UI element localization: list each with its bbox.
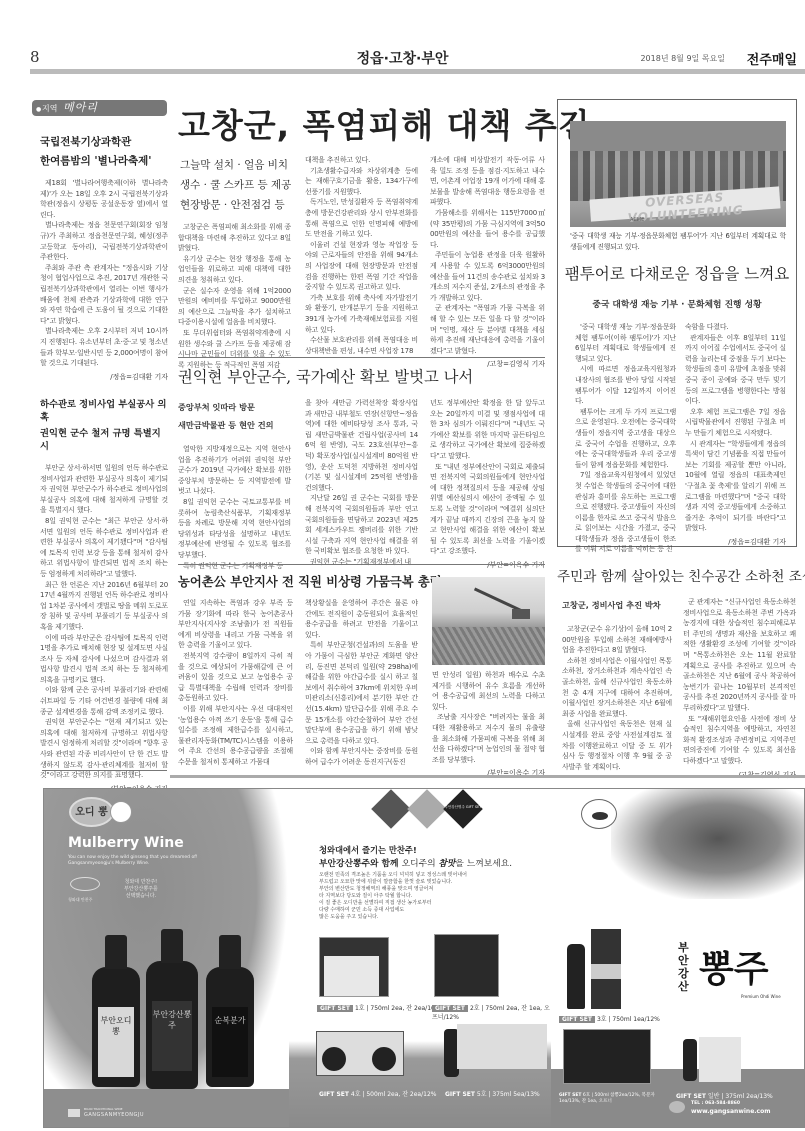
paragraph: 또 "재해위험요인을 사전에 정비 상습적인 침수지역을 예방하고, 자연친화적… [683, 714, 796, 767]
divider [170, 775, 550, 778]
brand-logo: 오디 뽕 [69, 797, 114, 827]
paragraph: 가뭄해소를 위해서는 115만7000㎡(약 35만평)의 가뭄 극심지역에 3… [430, 208, 545, 250]
article-col1: 열악한 지방재정으로는 지역 현안사업을 추진하기가 어려워 권익현 부안군수가… [178, 444, 291, 571]
paragraph: 관계자들은 이후 8일부터 11일까지 이어질 수업에서도 중국어 실력을 늘리… [685, 333, 786, 407]
ad-right-panel: 부안강산 뽕주 Premium Ohdi Wine GIFT SET3호 | 7… [551, 789, 805, 1128]
brand-big: 뽕주 [699, 941, 769, 992]
article-title-line2: 한여름밤의 '별나라축제' [40, 154, 168, 168]
mulberry-image [611, 789, 805, 899]
issue-date: 2018년 8월 9일 목요일 [640, 53, 725, 64]
gift-set-basic-bottle [683, 1039, 697, 1081]
paragraph: 팸투어는 크게 두 가지 프로그램으로 운영된다. 오전에는 중국대학생들이 정… [575, 407, 676, 471]
ad-headline-1: 청와대에서 즐기는 만찬주! [319, 844, 417, 856]
subhead: 중앙부처 잇따라 방문 [178, 398, 293, 416]
gift-set-2-image [434, 934, 499, 997]
divider [178, 564, 545, 565]
gift-set-6-image [563, 1029, 651, 1084]
gift-set-basic-box [699, 1037, 741, 1082]
article-col3: 개소에 대해 비상발전기 작동·어류 사육 밀도 조정 등을 점검·지도하고 내… [430, 155, 545, 369]
bottle-1: 부안오디뽕 [92, 967, 140, 1087]
paragraph: 유기상 군수는 현장 행정을 통해 농업인들을 위로하고 피해 대책에 대한 의… [178, 254, 291, 286]
headline-stream: 주민과 함께 살아있는 친수공간 소하천 조성 [557, 565, 805, 585]
paragraph: 숙함을 다졌다. [685, 322, 786, 333]
paragraph: 이에 따라 부안군은 감사팀에 토목직 인력 1명을 추가로 배치해 현장 및 … [40, 633, 168, 686]
article-col3: 면 안성리 일원) 하천과 배수로 수초 제거를 시행하여 유수 흐름을 개선하… [432, 670, 545, 778]
article-col2: 군 관계자는 "신규사업인 육동소하천 정비사업으로 육동소하천 주변 가옥과 … [683, 597, 796, 780]
flower-diamond [407, 789, 447, 829]
famtour-box: OVERSEAS VOLUNTEERING ACME '중국 대학생 재능 기부… [557, 99, 797, 547]
article-title-line1: 하수관로 정비사업 부실공사 의혹 [40, 398, 168, 424]
headline-famtour: 팸투어로 다채로운 정읍을 느껴요 [558, 262, 796, 284]
ad-title: Mulberry Wine [68, 835, 184, 851]
paragraph: 8일 권익현 군수는 "최근 부안군 상서·하서면 일원의 언독 하수관로 정비… [40, 516, 168, 580]
article-body: 제18회 '별나라여행축제(이하 별나라축제)'가 오는 18일 오후 2시 국… [40, 178, 168, 369]
mulberry-diamond [371, 789, 411, 829]
headline-budget: 권익현 부안군수, 국가예산 확보 발벗고 나서 [178, 365, 473, 387]
paragraph: 군은 실수자 운영을 위해 1억2000만원의 예비비를 투입하고 9000만원… [178, 286, 291, 328]
paragraph: 특히 부안군청(건설과)의 도움을 받아 가뭄이 극심한 부안군 계화면 양산리… [305, 640, 418, 746]
paragraph: 시 관계자는 "학생들에게 정읍의 특색이 담긴 기념품을 직접 만들어 보는 … [685, 439, 786, 534]
gift-set-3: GIFT SET3호 | 750ml 1ea/12% [559, 1014, 660, 1023]
ad-tagline-1: You can now enjoy the wild ginseng that … [68, 855, 198, 860]
gift-set-basic: GIFT SET 일반 | 375ml 2ea/13% [676, 1091, 773, 1100]
paragraph: 주민들이 농업용 관정을 더욱 원활하게 사용할 수 있도록 6억3000만원의… [430, 250, 545, 303]
company-name: GANGSANMYEONGJU [84, 1112, 144, 1118]
subhead-stream: 고창군, 정비사업 추진 박차 [562, 600, 661, 611]
subhead: 새만금박물관 등 현안 건의 [178, 416, 293, 434]
newspaper-name: 전주매일 [747, 49, 797, 68]
paragraph: 을 찾아 새만금 가력선착장 확장사업과 새만금 내부철도 연장(신항만~정읍역… [305, 398, 418, 493]
article-col1: '중국 대학생 재능 기부·정읍문화체험 팸투어(이하 팸투어)'가 지난 6일… [575, 322, 676, 555]
paragraph: 독거노인, 만성질환자 등 폭염취약계층에 방문건강관리와 상시 안부전화를 통… [305, 197, 418, 239]
paragraph: 8일 권익현 군수는 국토교통부를 비롯하여 농림축산식품부, 기획재정부 등을… [178, 497, 291, 561]
ad-left-panel: 오디 뽕 Mulberry Wine You can now enjoy the… [44, 789, 289, 1128]
paragraph: '중국 대학생 재능 기부·정읍문화체험 팸투어(이하 팸투어)'가 지난 6일… [575, 322, 676, 364]
seal-caption: 청와대 만찬주 [68, 897, 92, 903]
paragraph: 지난달 26일 권 군수는 국회를 방문해 전북지역 국회의원들과 부안 연고 … [305, 493, 418, 557]
paragraph: 면 안성리 일원) 하천과 배수로 수초 제거를 시행하여 유수 흐름을 개선하… [432, 670, 545, 712]
paragraph: 부안군 상서·하서면 일원의 언독 하수관로 정비사업과 관련한 부실공사 의혹… [40, 463, 168, 516]
advertisement-banner[interactable]: 오디 뽕 Mulberry Wine You can now enjoy the… [43, 788, 805, 1128]
article-body: 부안군 상서·하서면 일원의 언독 하수관로 정비사업과 관련한 부실공사 의혹… [40, 463, 168, 781]
article-col1: 고창군은 폭염피해 최소화를 위해 종합대책을 마련해 추진하고 있다고 8일 … [178, 222, 291, 370]
paragraph: 이와 함께 부안지사는 중장비를 동원하여 급수가 어려운 동진지구(동진 [305, 746, 418, 767]
header-rule [30, 69, 805, 74]
gift-set-1: GIFT SET1호 | 750ml 2ea, 잔 2ea/16% [317, 1003, 441, 1012]
paragraph: 가축 보호를 위해 축사에 자가발전기와 환풍기, 안개분무기 등을 지원하고 … [305, 293, 418, 335]
gift-set-2: GIFT SET2호 | 750ml 2ea, 잔 1ea, 오프너/12% [432, 1003, 551, 1021]
paragraph: 책상황실을 운영하여 주간은 물론 야간에도 전직원이 총동원되어 효율적인 용… [305, 598, 418, 640]
subhead: 생수 · 쿨 스카프 등 제공 [180, 175, 295, 195]
divider [550, 775, 805, 778]
subheads: 중앙부처 잇따라 방문 새만금박물관 등 현안 건의 [178, 398, 293, 434]
gift-logo: 부안강산명주 GIFT SET [444, 805, 482, 810]
article-title-line1: 국립전북기상과학관 [40, 135, 168, 149]
bullet-icon: ● [36, 102, 41, 118]
subhead: 현장방문 · 안전점검 등 [180, 195, 295, 215]
paragraph: 특히 권익현 군수는 기획재정부 등 [178, 561, 291, 572]
article-star-festival: 국립전북기상과학관 한여름밤의 '별나라축제' 제18회 '별나라여행축제(이하… [40, 135, 168, 382]
article-col2: 을 찾아 새만금 가력선착장 확장사업과 새만금 내부철도 연장(신항만~정읍역… [305, 398, 418, 568]
paragraph: 조남출 지사장은 "버려지는 물을 최대한 재활용하고 저수지 물의 유출량을 … [432, 712, 545, 765]
headline-drought: 농어촌公 부안지사 전 직원 비상령 가뭄극복 총력 [178, 572, 442, 590]
ad-website[interactable]: www.gangsanwine.com [691, 1108, 770, 1115]
paragraph: 시에 따르면 정읍교육지원청과 내장사의 협조를 받아 당일 시작된 팸투어가 … [575, 364, 676, 406]
article-title-line2: 권익현 군수 철저 규명 특별지시 [40, 427, 168, 453]
paragraph: 군 관계자는 "신규사업인 육동소하천 정비사업으로 육동소하천 주변 가옥과 … [683, 597, 796, 714]
gift-set-3-bottle [567, 944, 585, 1009]
subheads: 그늘막 설치 · 얼음 비치 생수 · 쿨 스카프 등 제공 현장방문 · 안전… [180, 155, 295, 215]
section-badge: ● 지역 메아리 [32, 100, 167, 116]
brand-sub: Premium Ohdi Wine [741, 994, 781, 999]
paragraph: 대책을 추진하고 있다. [305, 155, 418, 166]
paragraph: 또 "내년 정부예산안이 국회로 제출되면 전북지역 국회의원들에게 현안사업에… [430, 462, 545, 557]
company-logo-icon [68, 1109, 80, 1117]
paragraph: 별나라축제는 오후 2시부터 저녁 10시까지 진행된다. 유소년부터 초·중·… [40, 326, 168, 368]
paragraph: 올해 신규사업인 육동천은 현재 실시설계를 완료 중앙 사전설계검토 절차를 … [562, 719, 672, 772]
divider [42, 770, 167, 771]
paragraph: 제18회 '별나라여행축제(이하 별나라축제)'가 오는 18일 오후 2시 국… [40, 178, 168, 220]
excavator-photo [432, 577, 545, 665]
paragraph: 전북지역 강수량이 8일까지 극히 적을 것으로 예상되어 가뭄해갈에 큰 어려… [178, 651, 293, 704]
paragraph: 별나라축제는 정읍 천문연구회(회장 임청규)가 주최하고 정읍천문연구회, 혜… [40, 220, 168, 262]
divider [178, 357, 545, 358]
paragraph: 군 관계자는 "폭염과 가뭄 극복을 위해 할 수 있는 모든 일을 다 할 것… [430, 303, 545, 356]
brand-vertical: 부안강산 [678, 941, 692, 993]
paragraph: 열악한 지방재정으로는 지역 현안사업을 추진하기가 어려워 권익현 부안군수가… [178, 444, 291, 497]
ad-headline-2: 부안강산뽕주와 함께 오디주의 참맛을 느껴보세요. [319, 856, 512, 869]
paragraph: 연일 지속하는 폭염과 강우 부족 등 가뭄 장기화에 따라 한국 농어촌공사 … [178, 598, 293, 651]
brand-seal-icon [669, 1101, 685, 1113]
headline-heatwave: 고창군, 폭염피해 대책 추진 [178, 100, 591, 147]
blue-house-seal-icon [70, 877, 100, 891]
ad-tagline-2: Gangsanmyeongju's Mulberry Wine. [68, 861, 149, 866]
gift-set-1-image [319, 937, 389, 997]
seal-text: 청와대 만찬주! 부안강산뽕주를 선택했습니다. [124, 879, 158, 900]
article-col3: 년도 정부예산안 확정을 한 달 앞두고 오는 20일까지 미결 및 쟁점사업에… [430, 398, 545, 570]
paragraph: 7일 정읍교육지원청에서 있었던 첫 수업은 학생들의 중국어에 대한 관심과 … [575, 470, 676, 555]
paragraph: 권익현 군수는 "기획재정부에서 내 [305, 557, 418, 568]
ad-tel: TEL : 063-584-8860 [691, 1101, 740, 1106]
paragraph: 고창군은 폭염피해 최소화를 위해 종합대책을 마련해 추진하고 있다고 8일 … [178, 222, 291, 254]
subhead: 그늘막 설치 · 얼음 비치 [180, 155, 295, 175]
paragraph: 소하천 정비사업은 이월사업인 목통소하천, 장거소하천과 계속사업인 속골소하… [562, 656, 672, 720]
badge-small-label: 지역 [42, 104, 57, 113]
ad-body: 오랜전 민족의 격조높은 기품을 오디 넉넉히 넣고 정성스레 빚어내어 부드럽… [319, 872, 544, 921]
article-col2: 책상황실을 운영하여 주간은 물론 야간에도 전직원이 총동원되어 효율적인 용… [305, 598, 418, 768]
paragraph: 권익현 부안군수는 "현재 제기되고 있는 의혹에 대해 철저하게 규명하고 위… [40, 717, 168, 781]
article-col2: 숙함을 다졌다. 관계자들은 이후 8일부터 11일까지 이어질 수업에서도 중… [685, 322, 786, 547]
volunteer-photo: OVERSEAS VOLUNTEERING ACME [570, 121, 786, 227]
paragraph: 또 무더위쉼터와 폭염취약계층에 시원한 생수와 쿨 스카프 등을 제공해 잠시… [178, 328, 291, 370]
company-sub: BUAN TRADITIONAL WINE [84, 1107, 123, 1111]
ad-middle-panel: 부안강산명주 GIFT SET 청와대에서 즐기는 만찬주! 부안강산뽕주와 함… [289, 789, 551, 1128]
gift-set-4-image [316, 1031, 404, 1076]
paragraph: 이를 위해 부안지사는 우선 대대적인 '농업용수 아껴 쓰기 운동'을 통해 … [178, 704, 293, 768]
paragraph: 기초생활수급자와 차상위계층 등에는 재해구호기금을 활용, 134가구에 선풍… [305, 166, 418, 198]
paragraph: 이와 함께 군은 공사비 부풀리기와 관련해 쉬트파일 등 기타 여건변경 불량… [40, 685, 168, 717]
gift-set-4: GIFT SET 4호 | 500ml 2ea, 잔 2ea/12% [319, 1089, 436, 1098]
byline: /정읍=김대환 기자 [40, 372, 168, 382]
paragraph: 이울러 건설 현장과 영농 작업장 등 야외 근로자들의 안전을 위해 94개소… [305, 240, 418, 293]
article-col2: 대책을 추진하고 있다. 기초생활수급자와 차상위계층 등에는 재해구호기금을 … [305, 155, 418, 356]
paragraph: 년도 정부예산안 확정을 한 달 앞두고 오는 20일까지 미결 및 쟁점사업에… [430, 398, 545, 462]
bottle-2: 부안강산뽕주 [146, 961, 198, 1089]
subhead-famtour: 중국 대학생 재능 기부 · 문화체험 진행 성황 [558, 297, 796, 310]
paragraph: 오후 체험 프로그램은 7일 정읍시립박물관에서 진행된 구절초 비누 만들기 … [685, 407, 786, 439]
paragraph: 수산물 보호관리를 위해 폭염대응 비상대책반을 편성, 내수면 사업장 178 [305, 335, 418, 356]
paragraph: 최근 한 언론은 지난 2016년 6월부터 2017년 4월까지 진행된 언독… [40, 580, 168, 633]
mascot-icon [110, 801, 132, 823]
byline: /정읍=김대환 기자 [685, 537, 786, 547]
gift-set-3-box [591, 929, 621, 1009]
gift-set-5: GIFT SET 5호 | 375ml 5ea/13% [445, 1089, 540, 1098]
article-col1: 고창군(군수 유기상)이 올해 10억 200만원을 투입해 소하천 재해예방사… [562, 624, 672, 772]
mascot-icon [581, 799, 617, 829]
gift-set-6: GIFT SET 6호 | 500ml 참뽕2ea/12%, 복분자1ea/13… [559, 1093, 659, 1105]
badge-big-label: 메아리 [63, 101, 98, 114]
paragraph: 개소에 대해 비상발전기 작동·어류 사육 밀도 조정 등을 점검·지도하고 내… [430, 155, 545, 208]
bottle-3: 순복분가 [206, 967, 254, 1087]
article-sewer-probe: 하수관로 정비사업 부실공사 의혹 권익현 군수 철저 규명 특별지시 부안군 … [40, 398, 168, 794]
photo-logo: ACME [630, 217, 644, 223]
paragraph: 고창군(군수 유기상)이 올해 10억 200만원을 투입해 소하천 재해예방사… [562, 624, 672, 656]
article-col1: 연일 지속하는 폭염과 강우 부족 등 가뭄 장기화에 따라 한국 농어촌공사 … [178, 598, 293, 768]
gift-set-5-box [457, 1024, 547, 1069]
paragraph: 주최와 주관 측 관계자는 "정읍시와 기상청이 협업사업으로 추진, 2017… [40, 263, 168, 327]
photo-caption: '중국 대학생 재능 기부·정읍문화체험 팸투어'가 지난 6일부터 계획대로 … [570, 231, 786, 252]
